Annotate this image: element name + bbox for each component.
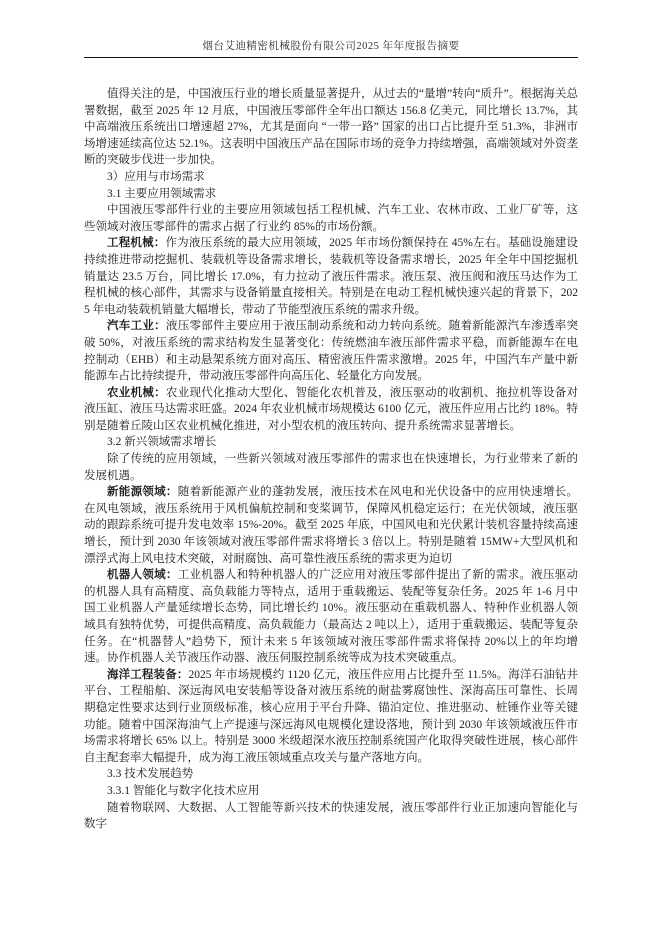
section-heading: 3.2 新兴领域需求增长 <box>84 434 578 451</box>
paragraph: 除了传统的应用领域，一些新兴领域对液压零部件的需求也在快速增长，为行业带来了新的… <box>84 451 578 484</box>
paragraph: 工程机械：作为液压系统的最大应用领域，2025 年市场份额保持在 45%左右。基… <box>84 235 578 318</box>
paragraph: 汽车工业：液压零部件主要应用于液压制动系统和动力转向系统。随着新能源汽车渗透率突… <box>84 318 578 384</box>
header-divider <box>84 57 578 58</box>
paragraph-lead-term: 新能源领域： <box>107 486 178 498</box>
section-heading: 3）应用与市场需求 <box>84 169 578 186</box>
paragraph-lead-term: 工程机械： <box>107 237 165 249</box>
page-header-title: 烟台艾迪精密机械股份有限公司2025 年年度报告摘要 <box>0 0 662 53</box>
paragraph: 随着物联网、大数据、人工智能等新兴技术的快速发展，液压零部件行业正加速向智能化与… <box>84 800 578 833</box>
paragraph-lead-term: 海洋工程装备： <box>107 669 188 681</box>
paragraph-lead-term: 机器人领域： <box>107 569 178 581</box>
paragraph: 新能源领域：随着新能源产业的蓬勃发展，液压技术在风电和光伏设备中的应用快速增长。… <box>84 484 578 567</box>
document-body: 值得关注的是，中国液压行业的增长质量显著提升，从过去的“量增”转向“质升”。根据… <box>84 86 578 833</box>
paragraph: 值得关注的是，中国液压行业的增长质量显著提升，从过去的“量增”转向“质升”。根据… <box>84 86 578 169</box>
section-heading: 3.3 技术发展趋势 <box>84 766 578 783</box>
section-heading: 3.3.1 智能化与数字化技术应用 <box>84 783 578 800</box>
paragraph: 中国液压零部件行业的主要应用领域包括工程机械、汽车工业、农林市政、工业厂矿等，这… <box>84 202 578 235</box>
paragraph-lead-term: 农业机械： <box>107 387 166 399</box>
section-heading: 3.1 主要应用领域需求 <box>84 186 578 203</box>
paragraph: 农业机械：农业现代化推动大型化、智能化农机普及，液压驱动的收割机、拖拉机等设备对… <box>84 385 578 435</box>
paragraph: 机器人领域：工业机器人和特种机器人的广泛应用对液压零部件提出了新的需求。液压驱动… <box>84 567 578 667</box>
document-page: 烟台艾迪精密机械股份有限公司2025 年年度报告摘要 值得关注的是，中国液压行业… <box>0 0 662 936</box>
paragraph-lead-term: 汽车工业： <box>107 320 166 332</box>
paragraph: 海洋工程装备：2025 年市场规模约 1120 亿元，液压件应用占比提升至 11… <box>84 667 578 767</box>
